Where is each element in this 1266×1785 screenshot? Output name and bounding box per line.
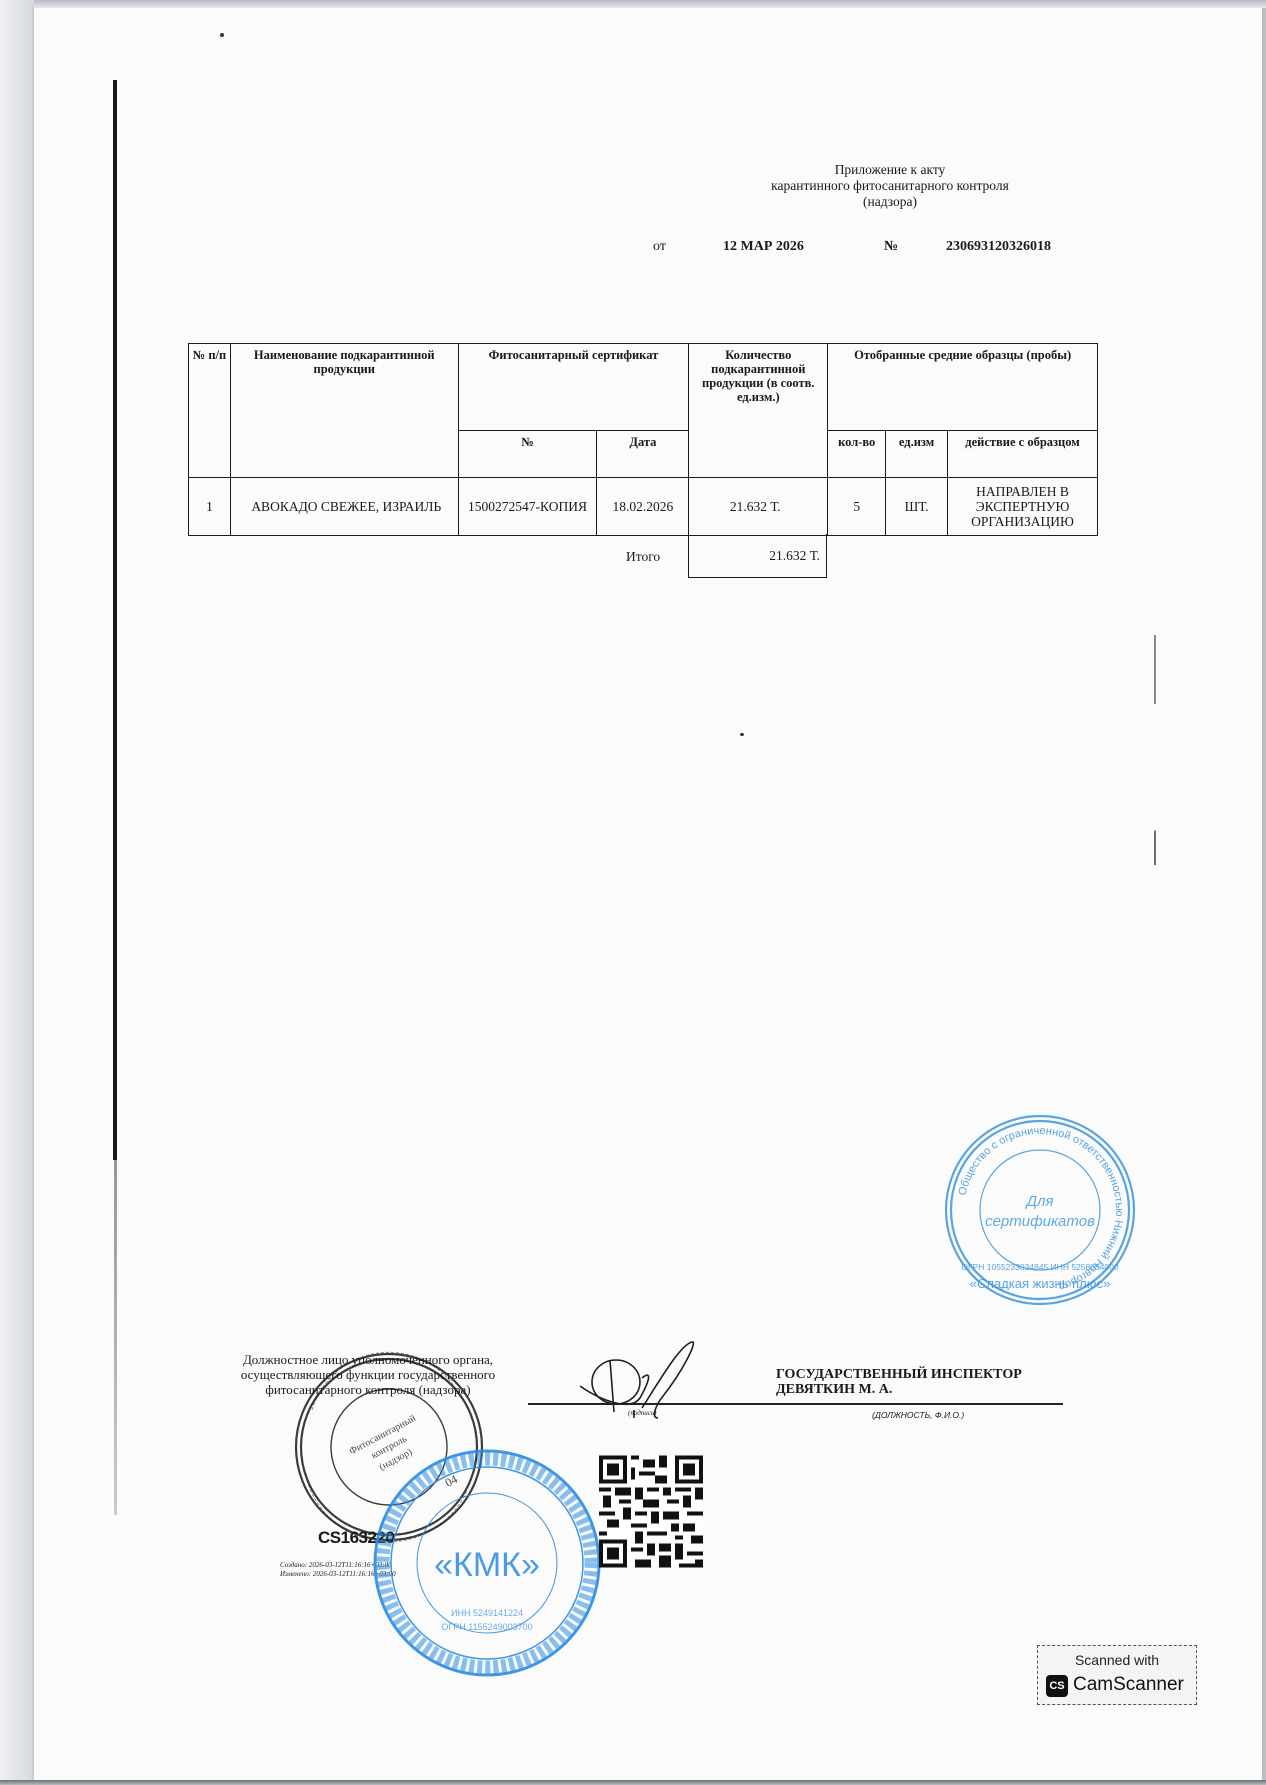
inspector-position: ГОСУДАРСТВЕННЫЙ ИНСПЕКТОР ДЕВЯТКИН М. А. (776, 1367, 1022, 1397)
act-number: 230693120326018 (946, 239, 1051, 255)
annex-line-2: карантинного фитосанитарного контроля (700, 178, 1080, 194)
total-label: Итого (626, 549, 660, 565)
act-date: 12 МАР 2026 (723, 239, 804, 255)
signature-hint: (подпись) (628, 1409, 656, 1417)
svg-text:ОГРН 1155249003700: ОГРН 1155249003700 (441, 1622, 532, 1632)
svg-text:ИНН 5249141224: ИНН 5249141224 (451, 1608, 523, 1618)
camscanner-logo-icon: CS (1046, 1675, 1068, 1697)
header-cert-date: Дата (597, 431, 689, 478)
cell-sample-unit: ШТ. (886, 478, 948, 536)
stamp-seal-icon: «КМК» ИНН 5249141224 ОГРН 1155249003700 (372, 1448, 602, 1678)
header-certificate: Фитосанитарный сертификат (458, 344, 689, 431)
header-cert-number: № (458, 431, 597, 478)
products-table: № п/п Наименование подкарантинной продук… (188, 343, 1098, 536)
camscanner-watermark: Scanned with CS CamScanner (1037, 1645, 1197, 1705)
watermark-brand: CamScanner (1073, 1674, 1184, 1696)
qr-code[interactable] (599, 1455, 703, 1568)
annex-line-1: Приложение к акту (700, 162, 1080, 178)
cell-cert-number: 1500272547-КОПИЯ (458, 478, 597, 536)
inspector-name: ДЕВЯТКИН М. А. (776, 1382, 1022, 1397)
annex-header: Приложение к акту карантинного фитосанит… (700, 162, 1080, 210)
cell-sample-action: НАПРАВЛЕН В ЭКСПЕРТНУЮ ОРГАНИЗАЦИЮ (948, 478, 1098, 536)
svg-text:Для: Для (1024, 1193, 1053, 1210)
stamp-seal-icon: Общество с ограниченной ответственностью… (940, 1110, 1140, 1310)
watermark-text: Scanned with (1038, 1652, 1196, 1668)
scan-artifact-line (1154, 635, 1156, 865)
signature-line (528, 1403, 1063, 1405)
cell-num: 1 (189, 478, 231, 536)
cell-quantity: 21.632 Т. (689, 478, 828, 536)
header-sample-count: кол-во (828, 431, 886, 478)
annex-line-3: (надзора) (700, 194, 1080, 210)
header-samples: Отобранные средние образцы (пробы) (828, 344, 1098, 431)
cell-cert-date: 18.02.2026 (597, 478, 689, 536)
position-hint: (ДОЛЖНОСТЬ, Ф.И.О.) (872, 1410, 964, 1420)
header-name: Наименование подкарантинной продукции (230, 344, 458, 478)
company-stamp-blue: Общество с ограниченной ответственностью… (940, 1110, 1140, 1315)
header-sample-action: действие с образцом (948, 431, 1098, 478)
header-num: № п/п (189, 344, 231, 478)
header-quantity: Количество подкарантинной продукции (в с… (689, 344, 828, 478)
svg-text:«Сладкая жизнь плюс»: «Сладкая жизнь плюс» (970, 1276, 1110, 1291)
scan-speck (740, 733, 744, 736)
table-header-row: № п/п Наименование подкарантинной продук… (189, 344, 1098, 431)
svg-text:сертификатов: сертификатов (985, 1213, 1095, 1230)
margin-line (113, 80, 117, 1160)
scan-top-edge (34, 0, 1266, 8)
scan-left-edge (0, 0, 36, 1785)
total-value: 21.632 Т. (688, 534, 827, 578)
cell-name: АВОКАДО СВЕЖЕЕ, ИЗРАИЛЬ (230, 478, 458, 536)
table-row: 1 АВОКАДО СВЕЖЕЕ, ИЗРАИЛЬ 1500272547-КОП… (189, 478, 1098, 536)
margin-line-faint (114, 1160, 117, 1515)
inspector-title: ГОСУДАРСТВЕННЫЙ ИНСПЕКТОР (776, 1367, 1022, 1382)
act-from-label: от (653, 239, 666, 255)
svg-text:«КМК»: «КМК» (434, 1546, 540, 1584)
company-stamp-kmk: «КМК» ИНН 5249141224 ОГРН 1155249003700 (372, 1448, 602, 1683)
act-number-label: № (884, 239, 898, 255)
scan-bottom-edge (0, 1780, 1266, 1785)
header-sample-unit: ед.изм (886, 431, 948, 478)
cell-sample-count: 5 (828, 478, 886, 536)
svg-text:ОГРН 1055233034845 ИНН 5258054: ОГРН 1055233034845 ИНН 5258054000 (961, 1262, 1118, 1272)
scan-speck (220, 33, 224, 37)
